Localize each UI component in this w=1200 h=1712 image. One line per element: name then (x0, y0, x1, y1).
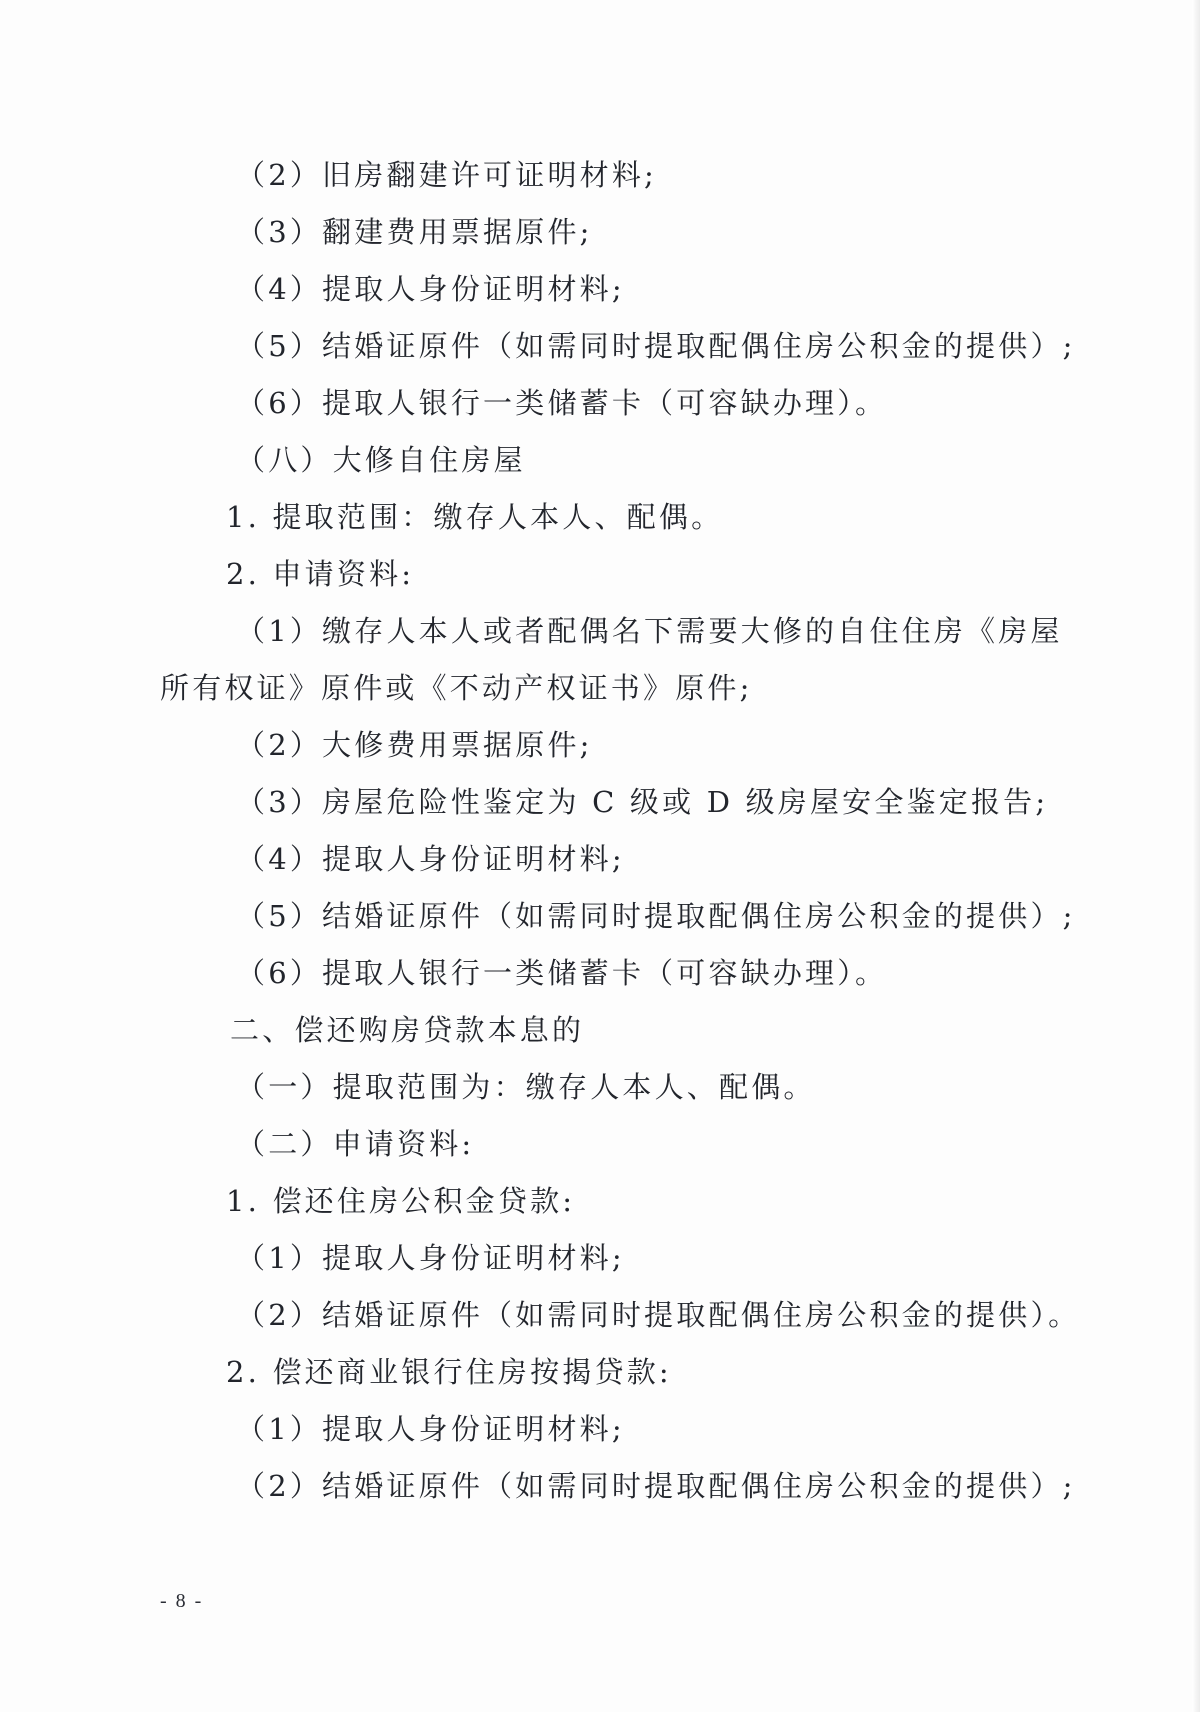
list-item-safety-report: （3）房屋危险性鉴定为 C 级或 D 级房屋安全鉴定报告; (236, 782, 1048, 822)
housing-fund-loan-heading: 1. 偿还住房公积金贷款: (226, 1181, 575, 1221)
commercial-loan-heading: 2. 偿还商业银行住房按揭贷款: (226, 1352, 672, 1392)
list-item-id-proof: （1）提取人身份证明材料; (236, 1409, 625, 1449)
application-materials-heading: 2. 申请资料: (226, 554, 414, 594)
list-item-id-proof: （4）提取人身份证明材料; (236, 839, 625, 879)
page-number: - 8 - (160, 1590, 203, 1613)
list-item-marriage-certificate: （5）结婚证原件（如需同时提取配偶住房公积金的提供）; (236, 326, 1076, 366)
list-item-renovation-receipts: （3）翻建费用票据原件; (236, 212, 593, 252)
subsection-withdrawal-scope: （一）提取范围为：缴存人本人、配偶。 (236, 1067, 816, 1107)
withdrawal-scope: 1. 提取范围：缴存人本人、配偶。 (226, 497, 723, 537)
section-heading-major-repair: （八）大修自住房屋 (236, 440, 526, 480)
subsection-application-materials: （二）申请资料: (236, 1124, 474, 1164)
list-item-marriage-certificate: （2）结婚证原件（如需同时提取配偶住房公积金的提供）; (236, 1466, 1076, 1506)
list-item-marriage-certificate: （2）结婚证原件（如需同时提取配偶住房公积金的提供）。 (236, 1295, 1080, 1335)
list-item-renovation-permit: （2）旧房翻建许可证明材料; (236, 155, 657, 195)
list-item-marriage-certificate: （5）结婚证原件（如需同时提取配偶住房公积金的提供）; (236, 896, 1076, 936)
list-item-repair-receipts: （2）大修费用票据原件; (236, 725, 593, 765)
scan-edge-shadow (1192, 0, 1200, 1712)
list-item-id-proof: （4）提取人身份证明材料; (236, 269, 625, 309)
list-item-property-certificate: （1）缴存人本人或者配偶名下需要大修的自住住房《房屋 (236, 611, 1063, 651)
list-item-id-proof: （1）提取人身份证明材料; (236, 1238, 625, 1278)
section-heading-loan-repayment: 二、偿还购房贷款本息的 (230, 1010, 584, 1050)
list-item-bank-card: （6）提取人银行一类储蓄卡（可容缺办理）。 (236, 383, 887, 423)
document-page: （2）旧房翻建许可证明材料; （3）翻建费用票据原件; （4）提取人身份证明材料… (0, 0, 1200, 1712)
list-item-bank-card: （6）提取人银行一类储蓄卡（可容缺办理）。 (236, 953, 887, 993)
list-item-property-certificate-cont: 所有权证》原件或《不动产权证书》原件; (160, 668, 753, 708)
